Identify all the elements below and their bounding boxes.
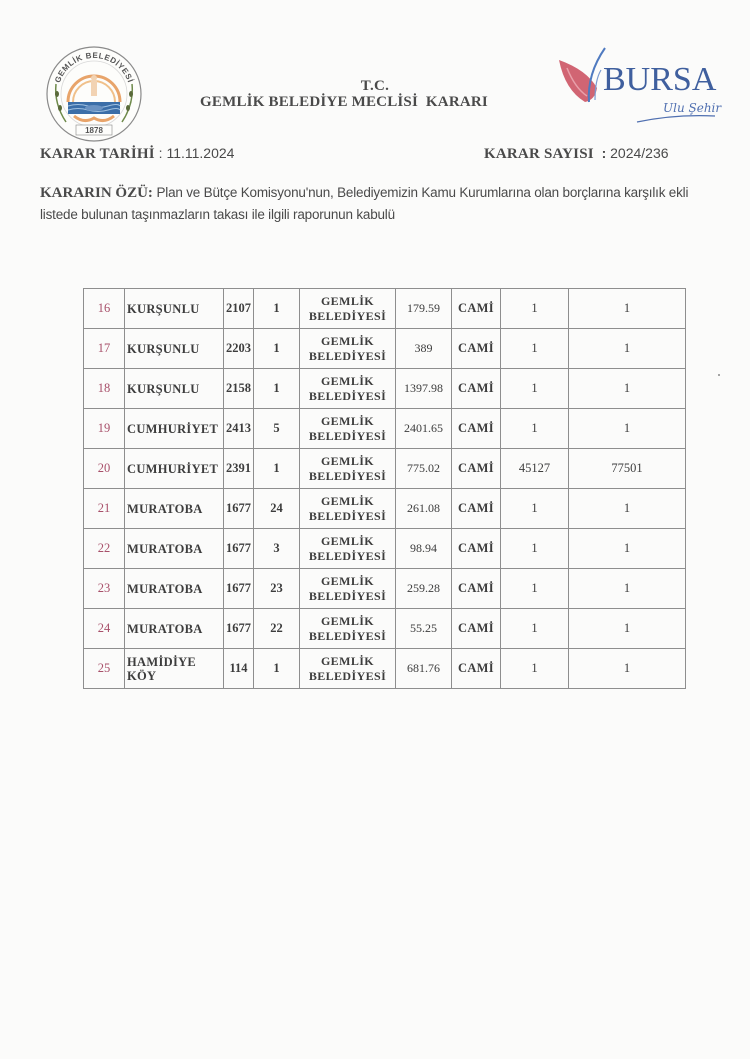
- share-denominator-cell: 1: [569, 289, 686, 329]
- share-numerator-cell: 1: [501, 609, 569, 649]
- owner-cell: GEMLİKBELEDİYESİ: [300, 529, 396, 569]
- area-cell: 261.08: [396, 489, 452, 529]
- owner-line-2: BELEDİYESİ: [302, 509, 393, 524]
- block-cell: 1677: [224, 529, 254, 569]
- neighborhood-cell: KURŞUNLU: [125, 369, 224, 409]
- owner-line-2: BELEDİYESİ: [302, 549, 393, 564]
- share-numerator-cell: 1: [501, 529, 569, 569]
- area-cell: 259.28: [396, 569, 452, 609]
- header-tc: T.C.: [0, 78, 750, 95]
- block-cell: 1677: [224, 609, 254, 649]
- row-number: 20: [84, 449, 125, 489]
- row-number: 19: [84, 409, 125, 449]
- table-row: 18KURŞUNLU21581GEMLİKBELEDİYESİ1397.98CA…: [84, 369, 686, 409]
- share-denominator-cell: 1: [569, 369, 686, 409]
- area-cell: 55.25: [396, 609, 452, 649]
- row-number: 22: [84, 529, 125, 569]
- share-numerator-cell: 1: [501, 409, 569, 449]
- owner-line-2: BELEDİYESİ: [302, 349, 393, 364]
- share-numerator-cell: 1: [501, 329, 569, 369]
- share-numerator-cell: 45127: [501, 449, 569, 489]
- owner-cell: GEMLİKBELEDİYESİ: [300, 369, 396, 409]
- type-cell: CAMİ: [452, 649, 501, 689]
- table-row: 16KURŞUNLU21071GEMLİKBELEDİYESİ179.59CAM…: [84, 289, 686, 329]
- parcel-cell: 23: [254, 569, 300, 609]
- neighborhood-cell: MURATOBA: [125, 569, 224, 609]
- owner-line-1: GEMLİK: [302, 414, 393, 429]
- table-row: 20CUMHURİYET23911GEMLİKBELEDİYESİ775.02C…: [84, 449, 686, 489]
- area-cell: 98.94: [396, 529, 452, 569]
- area-cell: 389: [396, 329, 452, 369]
- parcel-cell: 1: [254, 369, 300, 409]
- area-cell: 179.59: [396, 289, 452, 329]
- decision-number-value: 2024/236: [610, 145, 668, 161]
- owner-cell: GEMLİKBELEDİYESİ: [300, 329, 396, 369]
- owner-line-2: BELEDİYESİ: [302, 309, 393, 324]
- decision-number-separator: :: [594, 145, 610, 161]
- block-cell: 2391: [224, 449, 254, 489]
- share-denominator-cell: 77501: [569, 449, 686, 489]
- neighborhood-cell: KURŞUNLU: [125, 329, 224, 369]
- neighborhood-cell: MURATOBA: [125, 609, 224, 649]
- owner-line-2: BELEDİYESİ: [302, 429, 393, 444]
- owner-line-1: GEMLİK: [302, 614, 393, 629]
- type-cell: CAMİ: [452, 609, 501, 649]
- type-cell: CAMİ: [452, 369, 501, 409]
- decision-date-separator: :: [155, 145, 167, 161]
- row-number: 24: [84, 609, 125, 649]
- owner-line-1: GEMLİK: [302, 454, 393, 469]
- table-row: 25HAMİDİYE KÖY1141GEMLİKBELEDİYESİ681.76…: [84, 649, 686, 689]
- table-row: 24MURATOBA167722GEMLİKBELEDİYESİ55.25CAM…: [84, 609, 686, 649]
- type-cell: CAMİ: [452, 289, 501, 329]
- parcel-cell: 24: [254, 489, 300, 529]
- neighborhood-cell: KURŞUNLU: [125, 289, 224, 329]
- owner-line-2: BELEDİYESİ: [302, 669, 393, 684]
- row-number: 23: [84, 569, 125, 609]
- type-cell: CAMİ: [452, 529, 501, 569]
- parcel-cell: 22: [254, 609, 300, 649]
- decision-date-label: KARAR TARİHİ: [40, 146, 155, 162]
- owner-line-1: GEMLİK: [302, 534, 393, 549]
- owner-cell: GEMLİKBELEDİYESİ: [300, 609, 396, 649]
- parcel-cell: 5: [254, 409, 300, 449]
- neighborhood-cell: MURATOBA: [125, 529, 224, 569]
- decision-date: KARAR TARİHİ : 11.11.2024: [40, 145, 234, 163]
- owner-line-1: GEMLİK: [302, 294, 393, 309]
- parcel-cell: 1: [254, 329, 300, 369]
- parcel-cell: 3: [254, 529, 300, 569]
- owner-line-1: GEMLİK: [302, 334, 393, 349]
- neighborhood-cell: HAMİDİYE KÖY: [125, 649, 224, 689]
- type-cell: CAMİ: [452, 569, 501, 609]
- block-cell: 1677: [224, 489, 254, 529]
- neighborhood-cell: CUMHURİYET: [125, 449, 224, 489]
- parcel-table: 16KURŞUNLU21071GEMLİKBELEDİYESİ179.59CAM…: [83, 288, 686, 689]
- owner-line-1: GEMLİK: [302, 654, 393, 669]
- owner-line-2: BELEDİYESİ: [302, 589, 393, 604]
- block-cell: 2413: [224, 409, 254, 449]
- owner-line-1: GEMLİK: [302, 374, 393, 389]
- table-row: 21MURATOBA167724GEMLİKBELEDİYESİ261.08CA…: [84, 489, 686, 529]
- owner-line-2: BELEDİYESİ: [302, 469, 393, 484]
- decision-summary: KARARIN ÖZÜ: Plan ve Bütçe Komisyonu'nun…: [40, 182, 720, 226]
- block-cell: 2107: [224, 289, 254, 329]
- share-denominator-cell: 1: [569, 649, 686, 689]
- row-number: 16: [84, 289, 125, 329]
- page-title: GEMLİK BELEDİYE MECLİSİ KARARI: [0, 94, 688, 111]
- share-denominator-cell: 1: [569, 569, 686, 609]
- type-cell: CAMİ: [452, 329, 501, 369]
- owner-line-2: BELEDİYESİ: [302, 629, 393, 644]
- svg-text:1878: 1878: [85, 126, 103, 135]
- decision-date-value: 11.11.2024: [166, 145, 234, 161]
- type-cell: CAMİ: [452, 409, 501, 449]
- share-denominator-cell: 1: [569, 529, 686, 569]
- block-cell: 2203: [224, 329, 254, 369]
- area-cell: 1397.98: [396, 369, 452, 409]
- owner-cell: GEMLİKBELEDİYESİ: [300, 289, 396, 329]
- parcel-cell: 1: [254, 449, 300, 489]
- owner-line-1: GEMLİK: [302, 494, 393, 509]
- decision-number: KARAR SAYISI : 2024/236: [484, 145, 669, 163]
- owner-line-2: BELEDİYESİ: [302, 389, 393, 404]
- share-denominator-cell: 1: [569, 329, 686, 369]
- row-number: 21: [84, 489, 125, 529]
- block-cell: 114: [224, 649, 254, 689]
- neighborhood-cell: CUMHURİYET: [125, 409, 224, 449]
- share-numerator-cell: 1: [501, 649, 569, 689]
- parcel-cell: 1: [254, 649, 300, 689]
- scan-speck: [718, 374, 720, 376]
- block-cell: 2158: [224, 369, 254, 409]
- area-cell: 681.76: [396, 649, 452, 689]
- share-denominator-cell: 1: [569, 609, 686, 649]
- owner-cell: GEMLİKBELEDİYESİ: [300, 489, 396, 529]
- row-number: 25: [84, 649, 125, 689]
- area-cell: 775.02: [396, 449, 452, 489]
- share-numerator-cell: 1: [501, 489, 569, 529]
- table-row: 17KURŞUNLU22031GEMLİKBELEDİYESİ389CAMİ11: [84, 329, 686, 369]
- owner-cell: GEMLİKBELEDİYESİ: [300, 569, 396, 609]
- type-cell: CAMİ: [452, 489, 501, 529]
- decision-number-label: KARAR SAYISI: [484, 146, 594, 162]
- neighborhood-cell: MURATOBA: [125, 489, 224, 529]
- owner-cell: GEMLİKBELEDİYESİ: [300, 409, 396, 449]
- owner-line-1: GEMLİK: [302, 574, 393, 589]
- share-denominator-cell: 1: [569, 489, 686, 529]
- share-numerator-cell: 1: [501, 369, 569, 409]
- block-cell: 1677: [224, 569, 254, 609]
- table-row: 19CUMHURİYET24135GEMLİKBELEDİYESİ2401.65…: [84, 409, 686, 449]
- row-number: 18: [84, 369, 125, 409]
- share-numerator-cell: 1: [501, 569, 569, 609]
- row-number: 17: [84, 329, 125, 369]
- share-denominator-cell: 1: [569, 409, 686, 449]
- table-row: 23MURATOBA167723GEMLİKBELEDİYESİ259.28CA…: [84, 569, 686, 609]
- area-cell: 2401.65: [396, 409, 452, 449]
- owner-cell: GEMLİKBELEDİYESİ: [300, 649, 396, 689]
- parcel-cell: 1: [254, 289, 300, 329]
- summary-label: KARARIN ÖZÜ:: [40, 185, 153, 201]
- type-cell: CAMİ: [452, 449, 501, 489]
- table-row: 22MURATOBA16773GEMLİKBELEDİYESİ98.94CAMİ…: [84, 529, 686, 569]
- owner-cell: GEMLİKBELEDİYESİ: [300, 449, 396, 489]
- share-numerator-cell: 1: [501, 289, 569, 329]
